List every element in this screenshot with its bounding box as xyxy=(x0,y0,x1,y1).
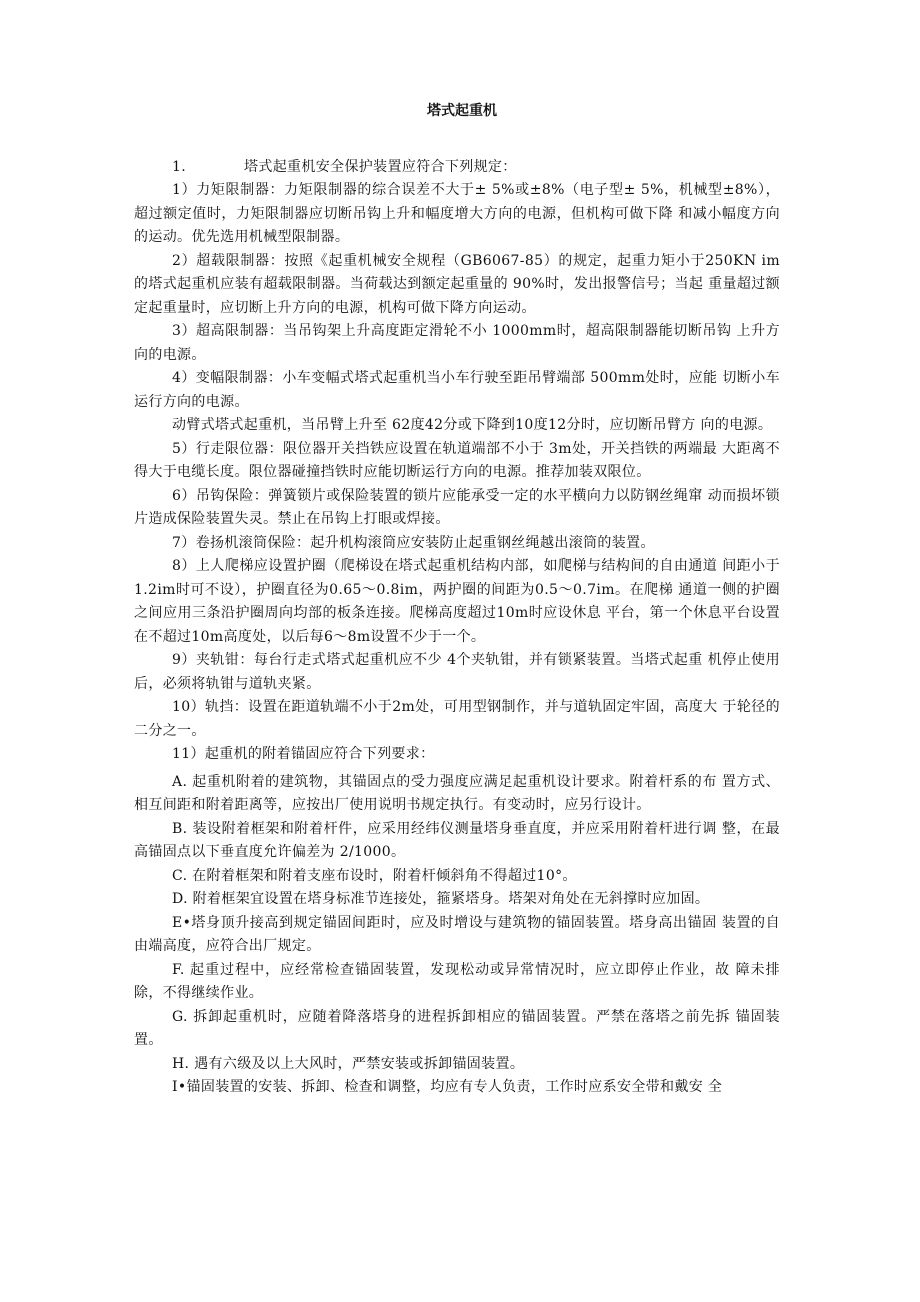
paragraph-luffing-jib: 动臂式塔式起重机，当吊臂上升至 62度42分或下降到10度12分时，应切断吊臂方… xyxy=(134,414,780,438)
sub-item-h: H. 遇有六级及以上大风时，严禁安装或拆卸锚固装置。 xyxy=(134,1053,780,1077)
section-heading-text: 塔式起重机安全保护装置应符合下列规定： xyxy=(244,159,517,175)
paragraph-hook-safety: 6）吊钩保险：弹簧锁片或保险装置的锁片应能承受一定的水平横向力以防钢丝绳窜 动而… xyxy=(134,485,780,532)
sub-item-i: I•锚固装置的安装、拆卸、检查和调整，均应有专人负责，工作时应系安全带和戴安 全 xyxy=(134,1076,780,1100)
paragraph-rail-clamp: 9）夹轨钳：每台行走式塔式起重机应不少 4个夹轨钳，并有锁紧装置。当塔式起重 机… xyxy=(134,649,780,696)
paragraph-travel-limiter: 5）行走限位器：限位器开关挡铁应设置在轨道端部不小于 3m处，开关挡铁的两端最 … xyxy=(134,438,780,485)
paragraph-anchorage-heading: 11）起重机的附着锚固应符合下列要求： xyxy=(134,743,780,767)
paragraph-luffing-limiter: 4）变幅限制器：小车变幅式塔式起重机当小车行驶至距吊臂端部 500mm处时，应能… xyxy=(134,367,780,414)
paragraph-ladder-guard: 8）上人爬梯应设置护圈（爬梯设在塔式起重机结构内部，如爬梯与结构间的自由通道 间… xyxy=(134,555,780,649)
document-title: 塔式起重机 xyxy=(134,100,780,124)
sub-item-e: E•塔身顶升接高到规定锚固间距时，应及时增设与建筑物的锚固装置。塔身高出锚固 装… xyxy=(134,912,780,959)
sub-item-g: G. 拆卸起重机时，应随着降落塔身的进程拆卸相应的锚固装置。严禁在落塔之前先拆 … xyxy=(134,1006,780,1053)
sub-item-d: D. 附着框架宜设置在塔身标准节连接处，箍紧塔身。塔架对角处在无斜撑时应加固。 xyxy=(134,888,780,912)
paragraph-drum-safety: 7）卷扬机滚筒保险：起升机构滚筒应安装防止起重钢丝绳越出滚筒的装置。 xyxy=(134,532,780,556)
sub-item-b: B. 装设附着框架和附着杆件，应采用经纬仪测量塔身垂直度，并应采用附着杆进行调 … xyxy=(134,818,780,865)
section-heading: 1.塔式起重机安全保护装置应符合下列规定： xyxy=(134,156,780,180)
section-number: 1. xyxy=(172,156,244,180)
sub-item-f: F. 起重过程中，应经常检查锚固装置，发现松动或异常情况时，应立即停止作业，故 … xyxy=(134,959,780,1006)
paragraph-height-limiter: 3）超高限制器：当吊钩架上升高度距定滑轮不小 1000mm时，超高限制器能切断吊… xyxy=(134,320,780,367)
sub-item-c: C. 在附着框架和附着支座布设时，附着杆倾斜角不得超过10°。 xyxy=(134,865,780,889)
sub-item-a: A. 起重机附着的建筑物，其锚固点的受力强度应满足起重机设计要求。附着杆系的布 … xyxy=(134,771,780,818)
paragraph-overload-limiter: 2）超载限制器：按照《起重机械安全规程（GB6067-85）的规定，起重力矩小于… xyxy=(134,250,780,321)
paragraph-rail-stop: 10）轨挡：设置在距道轨端不小于2m处，可用型钢制作，并与道轨固定牢固，高度大 … xyxy=(134,696,780,743)
document-page: 塔式起重机 1.塔式起重机安全保护装置应符合下列规定： 1）力矩限制器：力矩限制… xyxy=(134,100,780,1100)
paragraph-torque-limiter: 1）力矩限制器：力矩限制器的综合误差不大于± 5%或±8%（电子型± 5%，机械… xyxy=(134,179,780,250)
